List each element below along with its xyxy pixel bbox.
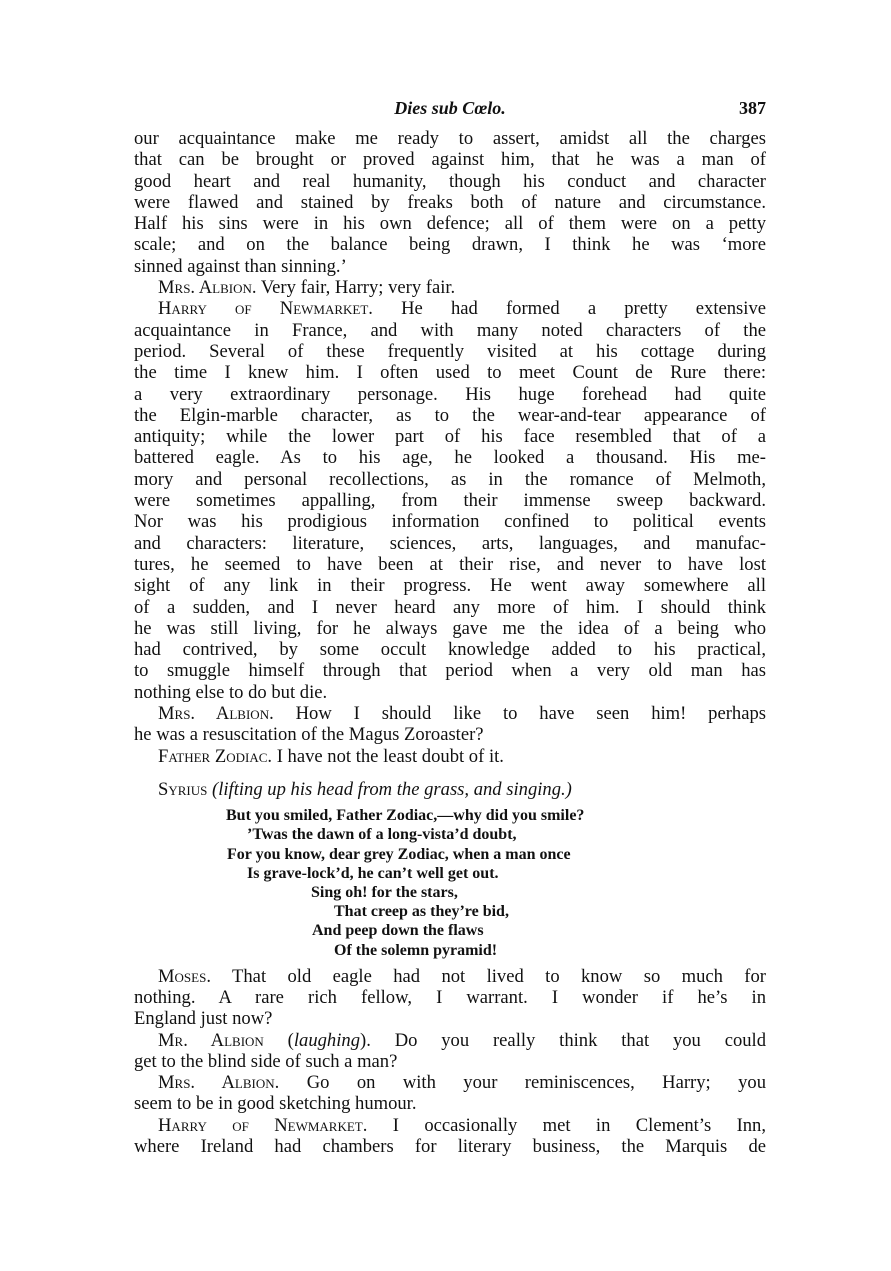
verse-line: ’Twas the dawn of a long-vista’d doubt, bbox=[134, 825, 766, 844]
text-line: Moses. That old eagle had not lived to k… bbox=[134, 966, 766, 987]
text-line: a very extraordinary personage. His huge… bbox=[134, 384, 766, 405]
speech-harry-2: Harry of Newmarket. I occasionally met i… bbox=[134, 1115, 766, 1158]
verse-line: For you know, dear grey Zodiac, when a m… bbox=[134, 845, 766, 864]
text-line: nothing else to do but die. bbox=[134, 682, 766, 703]
book-page: Dies sub Cœlo. 387 our acquaintance make… bbox=[134, 98, 766, 1157]
speech-mrs-albion-3: Mrs. Albion. Go on with your reminiscenc… bbox=[134, 1072, 766, 1115]
text-line: mory and personal recollections, as in t… bbox=[134, 469, 766, 490]
text-line: were flawed and stained by freaks both o… bbox=[134, 192, 766, 213]
speech-text: Go on with your reminiscences, Harry; yo… bbox=[307, 1072, 766, 1093]
spacer bbox=[134, 767, 766, 779]
speaker-name: Harry of Newmarket. bbox=[158, 1115, 367, 1136]
speech-text: Very fair, Harry; very fair. bbox=[261, 277, 455, 298]
text-line: Mr. Albion (laughing). Do you really thi… bbox=[134, 1030, 766, 1051]
text-line: nothing. A rare rich fellow, I warrant. … bbox=[134, 987, 766, 1008]
text-line: tures, he seemed to have been at their r… bbox=[134, 554, 766, 575]
page-number: 387 bbox=[739, 98, 766, 119]
stage-direction: laughing bbox=[294, 1030, 360, 1051]
text-line: that can be brought or proved against hi… bbox=[134, 149, 766, 170]
text-line: antiquity; while the lower part of his f… bbox=[134, 426, 766, 447]
speaker-name: Father Zodiac. bbox=[158, 746, 272, 767]
text-line: he was a resuscitation of the Magus Zoro… bbox=[134, 724, 766, 745]
speaker-name: Mrs. Albion. bbox=[158, 1072, 279, 1093]
text-line: the Elgin-marble character, as to the we… bbox=[134, 405, 766, 426]
running-title: Dies sub Cœlo. bbox=[134, 98, 766, 119]
text-line: Mrs. Albion. Go on with your reminiscenc… bbox=[134, 1072, 766, 1093]
verse-line: And peep down the flaws bbox=[134, 921, 766, 940]
text-line: he was still living, for he always gave … bbox=[134, 618, 766, 639]
stage-direction-line: Syrius (lifting up his head from the gra… bbox=[134, 779, 766, 800]
speech-text: How I should like to have seen him! perh… bbox=[296, 703, 766, 724]
text-line: Father Zodiac. I have not the least doub… bbox=[134, 746, 766, 767]
text-line: get to the blind side of such a man? bbox=[134, 1051, 766, 1072]
text-line: acquaintance in France, and with many no… bbox=[134, 320, 766, 341]
text-line: England just now? bbox=[134, 1008, 766, 1029]
speaker-name: Moses. bbox=[158, 966, 211, 987]
text-line: and characters: literature, sciences, ar… bbox=[134, 533, 766, 554]
text-line: sinned against than sinning.’ bbox=[134, 256, 766, 277]
speech-harry-1: Harry of Newmarket. He had formed a pret… bbox=[134, 298, 766, 703]
text-line: the time I knew him. I often used to mee… bbox=[134, 362, 766, 383]
text-line: Mrs. Albion. Very fair, Harry; very fair… bbox=[134, 277, 766, 298]
text-line: seem to be in good sketching humour. bbox=[134, 1093, 766, 1114]
song-syrius: Syrius (lifting up his head from the gra… bbox=[134, 779, 766, 960]
verse-line: But you smiled, Father Zodiac,—why did y… bbox=[134, 806, 766, 825]
speaker-name: Mrs. Albion. bbox=[158, 277, 257, 298]
text-line: Half his sins were in his own defence; a… bbox=[134, 213, 766, 234]
speech-text: That old eagle had not lived to know so … bbox=[232, 966, 766, 987]
speech-text: Do you really think that you could bbox=[395, 1030, 766, 1051]
speaker-name: Syrius bbox=[158, 779, 207, 800]
text-line: period. Several of these frequently visi… bbox=[134, 341, 766, 362]
verse-line: That creep as they’re bid, bbox=[134, 902, 766, 921]
text-line: Nor was his prodigious information confi… bbox=[134, 511, 766, 532]
text-line: were sometimes appalling, from their imm… bbox=[134, 490, 766, 511]
speech-text: He had formed a pretty extensive bbox=[401, 298, 766, 319]
verse-line: Sing oh! for the stars, bbox=[134, 883, 766, 902]
speech-text: I have not the least doubt of it. bbox=[277, 746, 504, 767]
speech-mrs-albion-2: Mrs. Albion. How I should like to have s… bbox=[134, 703, 766, 746]
text-line: of a sudden, and I never heard any more … bbox=[134, 597, 766, 618]
paragraph-harry-continued: our acquaintance make me ready to assert… bbox=[134, 128, 766, 277]
stage-direction: (lifting up his head from the grass, and… bbox=[212, 779, 572, 800]
text-line: battered eagle. As to his age, he looked… bbox=[134, 447, 766, 468]
speech-mr-albion-1: Mr. Albion (laughing). Do you really thi… bbox=[134, 1030, 766, 1073]
speech-moses-1: Moses. That old eagle had not lived to k… bbox=[134, 966, 766, 1030]
speaker-name: Mrs. Albion. bbox=[158, 703, 274, 724]
speech-father-zodiac-1: Father Zodiac. I have not the least doub… bbox=[134, 746, 766, 767]
speaker-name: Mr. Albion bbox=[158, 1030, 264, 1051]
text-line: Harry of Newmarket. He had formed a pret… bbox=[134, 298, 766, 319]
text-line: our acquaintance make me ready to assert… bbox=[134, 128, 766, 149]
speech-mrs-albion-1: Mrs. Albion. Very fair, Harry; very fair… bbox=[134, 277, 766, 298]
text-line: Mrs. Albion. How I should like to have s… bbox=[134, 703, 766, 724]
text-line: where Ireland had chambers for literary … bbox=[134, 1136, 766, 1157]
text-line: scale; and on the balance being drawn, I… bbox=[134, 234, 766, 255]
speaker-name: Harry of Newmarket. bbox=[158, 298, 373, 319]
running-head: Dies sub Cœlo. 387 bbox=[134, 98, 766, 128]
verse-line: Is grave-lock’d, he can’t well get out. bbox=[134, 864, 766, 883]
text-line: to smuggle himself through that period w… bbox=[134, 660, 766, 681]
text-line: Harry of Newmarket. I occasionally met i… bbox=[134, 1115, 766, 1136]
text-line: good heart and real humanity, though his… bbox=[134, 171, 766, 192]
speech-text: I occasionally met in Clement’s Inn, bbox=[393, 1115, 766, 1136]
text-line: sight of any link in their progress. He … bbox=[134, 575, 766, 596]
verse-line: Of the solemn pyramid! bbox=[134, 941, 766, 960]
text-line: had contrived, by some occult knowledge … bbox=[134, 639, 766, 660]
